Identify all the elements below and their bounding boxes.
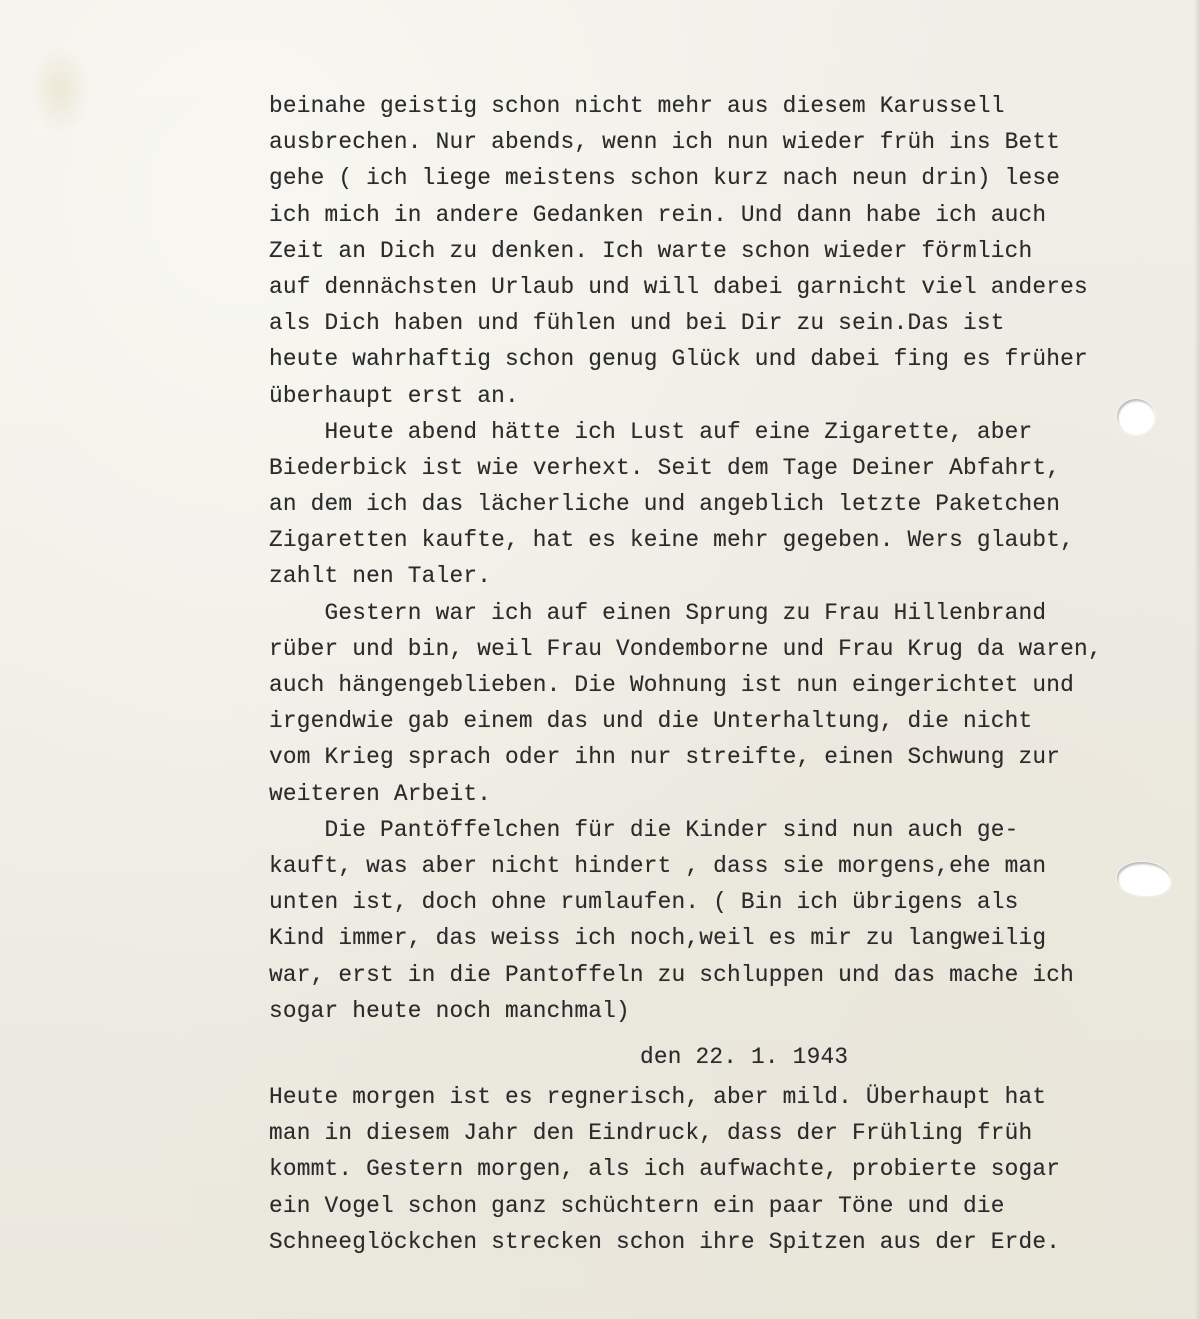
text-line: Biederbick ist wie verhext. Seit dem Tag… xyxy=(269,450,1169,486)
text-line: zahlt nen Taler. xyxy=(269,558,1169,594)
text-line: Heute abend hätte ich Lust auf eine Ziga… xyxy=(269,414,1169,450)
date-heading: den 22. 1. 1943 xyxy=(269,1039,1169,1075)
text-line: als Dich haben und fühlen und bei Dir zu… xyxy=(269,305,1169,341)
typed-letter-body: beinahe geistig schon nicht mehr aus die… xyxy=(269,88,1169,1260)
paragraph-closing: Heute morgen ist es regnerisch, aber mil… xyxy=(269,1079,1169,1260)
text-line: an dem ich das lächerliche und angeblich… xyxy=(269,486,1169,522)
text-line: heute wahrhaftig schon genug Glück und d… xyxy=(269,341,1169,377)
text-line: überhaupt erst an. xyxy=(269,378,1169,414)
text-line: ich mich in andere Gedanken rein. Und da… xyxy=(269,197,1169,233)
text-line: beinahe geistig schon nicht mehr aus die… xyxy=(269,88,1169,124)
paragraph-2: Heute abend hätte ich Lust auf eine Ziga… xyxy=(269,414,1169,595)
text-line: weiteren Arbeit. xyxy=(269,776,1169,812)
text-line: Zigaretten kaufte, hat es keine mehr geg… xyxy=(269,522,1169,558)
text-line: sogar heute noch manchmal) xyxy=(269,993,1169,1029)
paragraph-3: Gestern war ich auf einen Sprung zu Frau… xyxy=(269,595,1169,812)
paragraph-1: beinahe geistig schon nicht mehr aus die… xyxy=(269,88,1169,414)
text-line: unten ist, doch ohne rumlaufen. ( Bin ic… xyxy=(269,884,1169,920)
text-line: Kind immer, das weiss ich noch,weil es m… xyxy=(269,920,1169,956)
text-line: war, erst in die Pantoffeln zu schluppen… xyxy=(269,957,1169,993)
text-line: kauft, was aber nicht hindert , dass sie… xyxy=(269,848,1169,884)
text-line: man in diesem Jahr den Eindruck, dass de… xyxy=(269,1115,1169,1151)
text-line: auf dennächsten Urlaub und will dabei ga… xyxy=(269,269,1169,305)
text-line: Gestern war ich auf einen Sprung zu Frau… xyxy=(269,595,1169,631)
text-line: kommt. Gestern morgen, als ich aufwachte… xyxy=(269,1151,1169,1187)
paper-edge xyxy=(1194,0,1200,1319)
text-line: ein Vogel schon ganz schüchtern ein paar… xyxy=(269,1188,1169,1224)
text-line: Die Pantöffelchen für die Kinder sind nu… xyxy=(269,812,1169,848)
letter-page: beinahe geistig schon nicht mehr aus die… xyxy=(0,0,1200,1319)
text-line: Zeit an Dich zu denken. Ich warte schon … xyxy=(269,233,1169,269)
text-line: Schneeglöckchen strecken schon ihre Spit… xyxy=(269,1224,1169,1260)
text-line: gehe ( ich liege meistens schon kurz nac… xyxy=(269,160,1169,196)
text-line: ausbrechen. Nur abends, wenn ich nun wie… xyxy=(269,124,1169,160)
text-line: auch hängengeblieben. Die Wohnung ist nu… xyxy=(269,667,1169,703)
text-line: vom Krieg sprach oder ihn nur streifte, … xyxy=(269,739,1169,775)
paper-stain xyxy=(30,45,90,135)
text-line: irgendwie gab einem das und die Unterhal… xyxy=(269,703,1169,739)
paragraph-4: Die Pantöffelchen für die Kinder sind nu… xyxy=(269,812,1169,1029)
text-line: rüber und bin, weil Frau Vondemborne und… xyxy=(269,631,1169,667)
text-line: Heute morgen ist es regnerisch, aber mil… xyxy=(269,1079,1169,1115)
